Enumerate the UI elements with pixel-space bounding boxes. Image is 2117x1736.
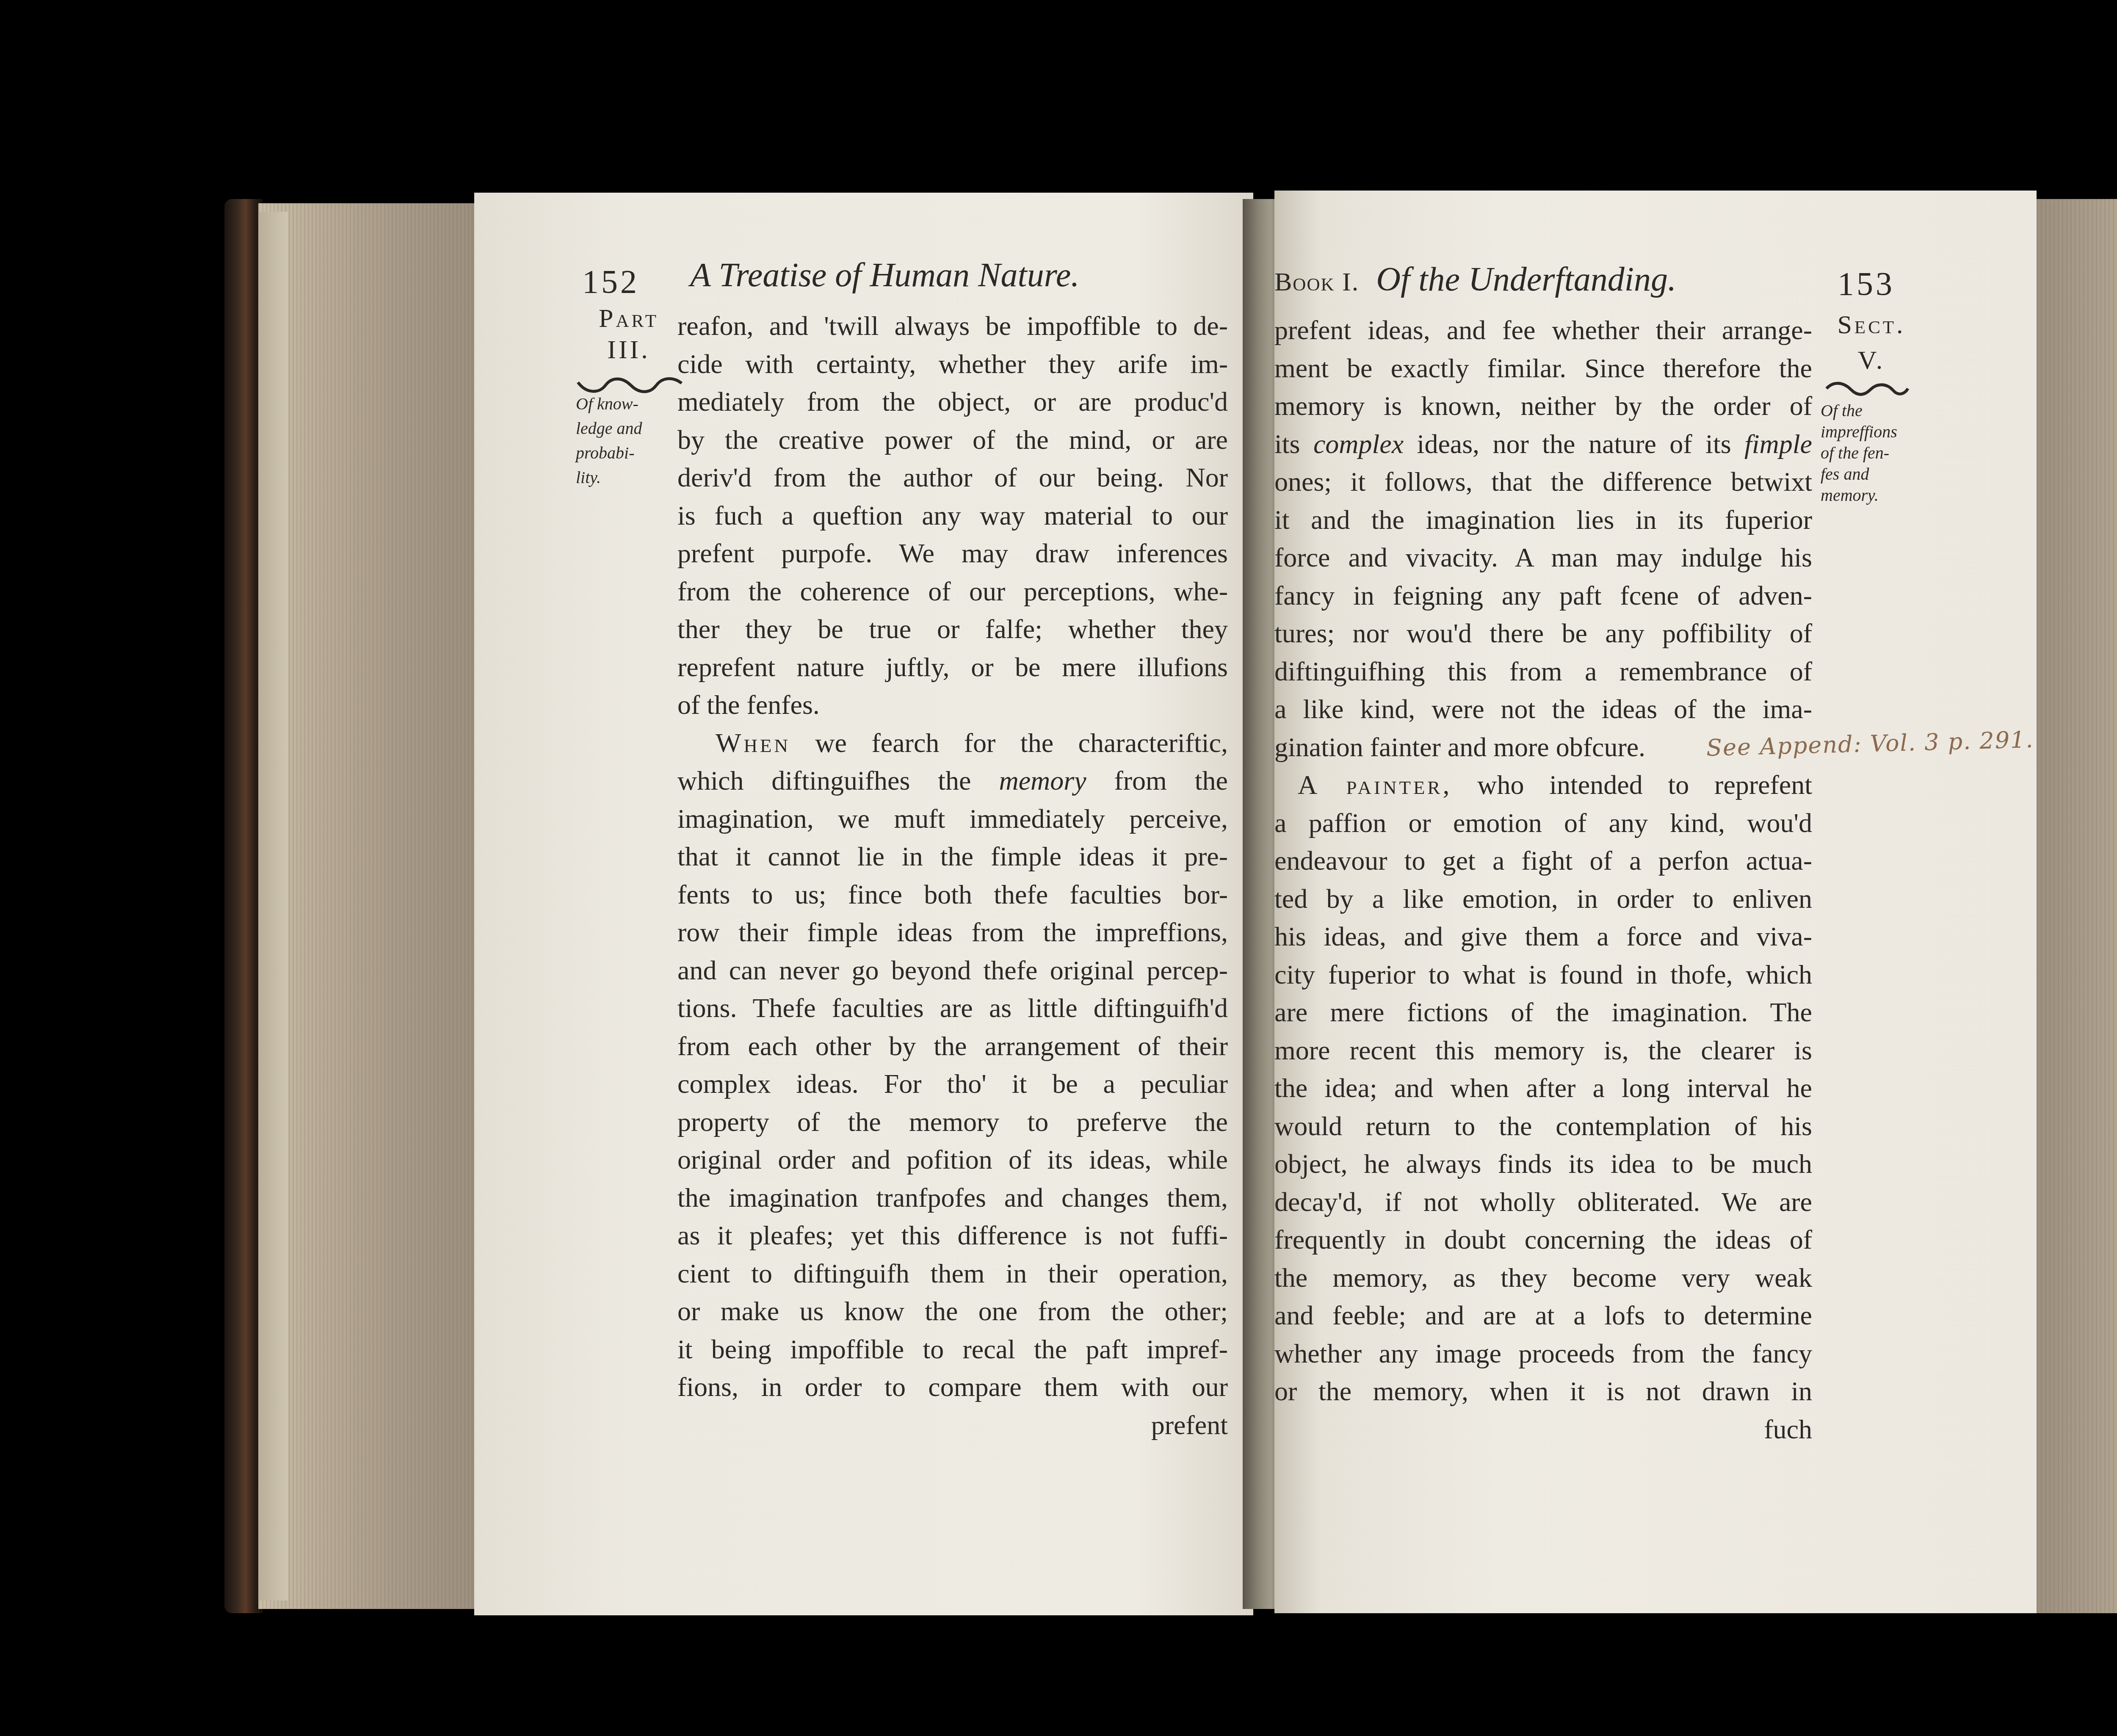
text-line: prefent purpofe. We may draw inferences	[677, 534, 1228, 572]
text-fragment: we fearch for the characteriftic,	[790, 728, 1228, 758]
text-line: reprefent nature juftly, or be mere illu…	[677, 648, 1228, 686]
text-line: ones; it follows, that the difference be…	[1274, 463, 1812, 501]
side-note-line: of the fen-	[1821, 442, 1931, 464]
flyleaf	[258, 212, 288, 1601]
side-heading-sect: Sect. V.	[1821, 311, 1922, 374]
text-line: that it cannot lie in the fimple ideas i…	[677, 838, 1228, 876]
side-heading-part-number: III.	[574, 336, 684, 363]
side-note-line: Of the	[1821, 400, 1931, 421]
running-head-right: Book I. Of the Underftanding.	[1274, 260, 1676, 299]
text-line: his ideas, and give them a force and viv…	[1274, 918, 1812, 956]
text-line: its complex ideas, nor the nature of its…	[1274, 425, 1812, 463]
text-line: property of the memory to preferve the	[677, 1103, 1228, 1141]
text-line: or the memory, when it is not drawn in	[1274, 1372, 1812, 1410]
text-line: cient to diftinguifh them in their opera…	[677, 1255, 1228, 1293]
side-note-line: Of know-	[576, 392, 682, 416]
text-line: would return to the contemplation of his	[1274, 1107, 1812, 1145]
text-line: from each other by the arrangement of th…	[677, 1027, 1228, 1065]
italic-word: memory	[999, 766, 1086, 796]
text-line: a paffion or emotion of any kind, wou'd	[1274, 804, 1812, 842]
side-note-line: ledge and	[576, 416, 682, 441]
side-note-right: Of the impreffions of the fen- fes and m…	[1821, 400, 1931, 506]
text-line: cide with certainty, whether they arife …	[677, 345, 1228, 383]
side-heading-sect-label: Sect.	[1821, 311, 1922, 338]
text-line: it and the imagination lies in its fuper…	[1274, 501, 1812, 539]
left-page-body: reafon, and 'twill always be impoffible …	[677, 307, 1228, 1444]
text-line: as it pleafes; yet this difference is no…	[677, 1216, 1228, 1255]
text-line: or make us know the one from the other;	[677, 1292, 1228, 1330]
side-note-line: memory.	[1821, 485, 1931, 506]
side-note-line: lity.	[576, 465, 682, 490]
text-line: diftinguifhing this from a remembrance o…	[1274, 652, 1812, 691]
text-line: a like kind, were not the ideas of the i…	[1274, 690, 1812, 728]
fore-edge-right	[2032, 199, 2117, 1613]
text-line: and can never go beyond thefe original p…	[677, 951, 1228, 990]
text-line: force and vivacity. A man may indulge hi…	[1274, 539, 1812, 577]
text-line: are mere fictions of the imagination. Th…	[1274, 993, 1812, 1031]
text-line: row their fimple ideas from the impreffi…	[677, 913, 1228, 951]
running-head-title: Of the Underftanding.	[1376, 261, 1676, 298]
text-line: decay'd, if not wholly obliterated. We a…	[1274, 1183, 1812, 1221]
text-line: tions. Thefe faculties are as little dif…	[677, 989, 1228, 1027]
text-line: imagination, we muft immediately perceiv…	[677, 800, 1228, 838]
left-page: 152 A Treatise of Human Nature. Part III…	[474, 193, 1253, 1615]
text-line: deriv'd from the author of our being. No…	[677, 459, 1228, 497]
text-line: fents to us; fince both thefe faculties …	[677, 876, 1228, 914]
flourish-ornament-icon	[1825, 379, 1910, 400]
italic-word: fimple	[1744, 429, 1812, 459]
italic-word: complex	[1313, 429, 1404, 459]
small-caps-lead: When	[716, 728, 790, 758]
text-line: more recent this memory is, the clearer …	[1274, 1031, 1812, 1070]
catchword: prefent	[677, 1406, 1228, 1444]
text-fragment: from the	[1086, 766, 1228, 796]
text-line: by the creative power of the mind, or ar…	[677, 421, 1228, 459]
text-line: prefent ideas, and fee whether their arr…	[1274, 311, 1812, 349]
text-line: which diftinguifhes the memory from the	[677, 762, 1228, 800]
side-heading-sect-number: V.	[1821, 347, 1922, 374]
text-line: reafon, and 'twill always be impoffible …	[677, 307, 1228, 345]
text-line: ment be exactly fimilar. Since therefore…	[1274, 349, 1812, 387]
fore-edge-left	[258, 203, 478, 1609]
paragraph-start: When we fearch for the characteriftic,	[677, 724, 1228, 762]
text-line: city fuperior to what is found in thofe,…	[1274, 956, 1812, 994]
text-fragment: which diftinguifhes the	[677, 766, 999, 796]
side-note-line: fes and	[1821, 464, 1931, 485]
running-head-book: Book I.	[1274, 268, 1359, 296]
paragraph-start: A painter, who intended to reprefent	[1274, 766, 1812, 804]
text-line: is fuch a queftion any way material to o…	[677, 497, 1228, 535]
text-line: it being impoffible to recal the paft im…	[677, 1330, 1228, 1368]
text-line: memory is known, neither by the order of	[1274, 387, 1812, 425]
text-fragment: ideas, nor the nature of its	[1404, 429, 1744, 459]
text-line: fancy in feigning any paft fcene of adve…	[1274, 577, 1812, 615]
text-line: the imagination tranfpofes and changes t…	[677, 1179, 1228, 1217]
text-line: mediately from the object, or are produc…	[677, 383, 1228, 421]
text-line: complex ideas. For tho' it be a peculiar	[677, 1065, 1228, 1103]
side-note-left: Of know- ledge and probabi- lity.	[576, 392, 682, 490]
text-line: original order and pofition of its ideas…	[677, 1141, 1228, 1179]
text-line: from the coherence of our perceptions, w…	[677, 572, 1228, 611]
text-line: tures; nor wou'd there be any poffibilit…	[1274, 614, 1812, 652]
text-line: fions, in order to compare them with our	[677, 1368, 1228, 1406]
text-line: object, he always finds its idea to be m…	[1274, 1145, 1812, 1183]
text-fragment: its	[1274, 429, 1313, 459]
text-line: frequently in doubt concerning the ideas…	[1274, 1221, 1812, 1259]
side-heading-part: Part III.	[574, 305, 684, 363]
text-line: the idea; and when after a long interval…	[1274, 1069, 1812, 1107]
text-line: ted by a like emotion, in order to enliv…	[1274, 880, 1812, 918]
catchword: fuch	[1274, 1410, 1812, 1449]
side-note-line: impreffions	[1821, 421, 1931, 442]
side-note-line: probabi-	[576, 441, 682, 465]
right-page-body: prefent ideas, and fee whether their arr…	[1274, 311, 1812, 1448]
text-line: whether any image proceeds from the fanc…	[1274, 1335, 1812, 1373]
text-line: the memory, as they become very weak	[1274, 1259, 1812, 1297]
text-line: and feeble; and are at a lofs to determi…	[1274, 1296, 1812, 1335]
small-caps-lead: A painter,	[1298, 770, 1452, 800]
text-line: ther they be true or falfe; whether they	[677, 610, 1228, 648]
text-fragment: who intended to reprefent	[1452, 770, 1812, 800]
book-cover-left	[224, 199, 263, 1613]
page-number-left: 152	[582, 263, 639, 301]
right-page: Book I. Of the Underftanding. 153 prefen…	[1274, 191, 2037, 1613]
page-number-right: 153	[1838, 265, 1895, 303]
text-line: of the fenfes.	[677, 686, 1228, 724]
text-line: endeavour to get a fight of a perfon act…	[1274, 842, 1812, 880]
running-head-left: A Treatise of Human Nature.	[690, 256, 1079, 295]
side-heading-part-label: Part	[574, 305, 684, 332]
